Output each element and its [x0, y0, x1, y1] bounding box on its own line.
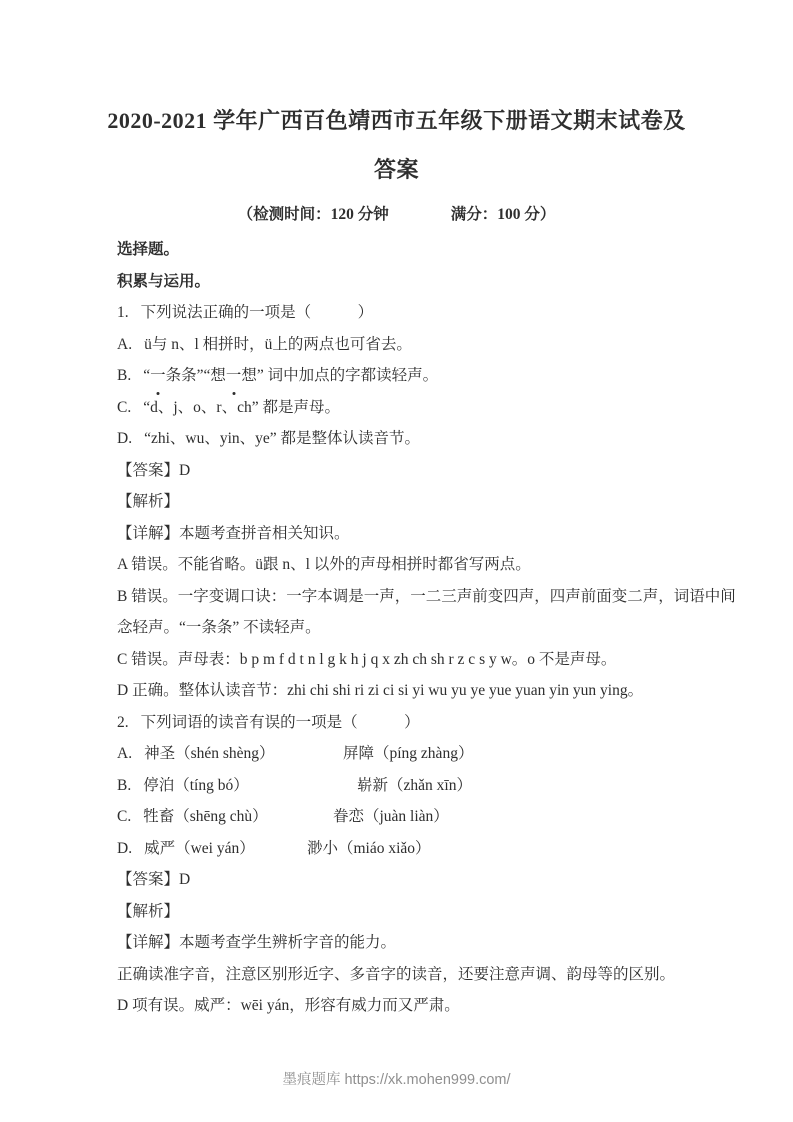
q2-option-c-left: C.牲畜（shēng chù） [117, 801, 343, 833]
q2-option-b-right: 崭新（zhǎn xīn） [357, 777, 472, 794]
question-2-number: 2. [117, 707, 129, 739]
page-title: 2020-2021 学年广西百色靖西市五年级下册语文期末试卷及 答案 [58, 0, 735, 194]
question-2-stem: 2.下列词语的读音有误的一项是（ ） [117, 707, 683, 739]
q1-option-b-post: 想” 词中加点的字都读轻声。 [241, 367, 438, 384]
q1-explain-d: D 正确。整体认读音节：zhi chi shi ri zi ci si yi w… [117, 675, 683, 707]
question-1-stem: 1.下列说法正确的一项是（ ） [117, 297, 683, 329]
footer-link[interactable]: 墨痕题库 https://xk.mohen999.com/ [282, 1072, 510, 1088]
emphasis-char-2: 一 [226, 360, 242, 392]
q1-option-b: B.“一条条”“想一想” 词中加点的字都读轻声。 [117, 360, 683, 392]
q2-explain-1: 正确读准字音，注意区别形近字、多音字的读音，还要注意声调、韵母等的区别。 [117, 959, 683, 991]
q1-option-c-label: C. [117, 392, 131, 424]
q2-option-b: B.停泊（tíng bó）崭新（zhǎn xīn） [117, 770, 683, 802]
q2-option-a-label: A. [117, 738, 132, 770]
q1-explain-b-line2: 念轻声。“一条条” 不读轻声。 [117, 612, 683, 644]
q2-options: A.神圣（shén shèng）屏障（píng zhàng） B.停泊（tíng… [117, 738, 683, 864]
q1-option-d: D.“zhi、wu、yin、ye” 都是整体认读音节。 [117, 423, 683, 455]
question-1-number: 1. [117, 297, 129, 329]
q2-option-a-left: A.神圣（shén shèng） [117, 738, 343, 770]
q1-option-d-label: D. [117, 423, 132, 455]
q2-option-d: D.威严（wei yán）渺小（miáo xiǎo） [117, 833, 683, 865]
q2-explain-2: D 项有误。威严：wēi yán，形容有威力而又严肃。 [117, 990, 683, 1022]
q2-option-d-word: 威严（wei yán） [144, 840, 255, 857]
q1-option-a: A.ü与 n、l 相拼时，ü上的两点也可省去。 [117, 329, 683, 361]
q1-explain-b-line1: B 错误。一字变调口诀：一字本调是一声，一二三声前变四声，四声前面变二声，词语中… [117, 581, 683, 613]
question-2-stem-text: 下列词语的读音有误的一项是（ ） [141, 714, 420, 731]
q2-option-c-word: 牲畜（shēng chù） [143, 808, 267, 825]
q1-option-b-quote-open: “ [143, 367, 150, 384]
q2-option-c-label: C. [117, 801, 131, 833]
question-1-stem-text: 下列说法正确的一项是（ ） [141, 304, 374, 321]
emphasis-char-1: 一 [150, 360, 166, 392]
section-heading-choice: 选择题。 [117, 234, 683, 266]
q1-option-a-text: ü与 n、l 相拼时，ü上的两点也可省去。 [144, 336, 412, 353]
q2-option-a: A.神圣（shén shèng）屏障（píng zhàng） [117, 738, 683, 770]
exam-meta: （检测时间：120 分钟 满分：100 分） [0, 202, 793, 228]
page-footer: 墨痕题库 https://xk.mohen999.com/ [0, 1068, 793, 1089]
q2-analysis-label: 【解析】 [117, 896, 683, 928]
q2-option-a-right: 屏障（píng zhàng） [343, 745, 473, 762]
q1-option-b-mid: 条条”“想 [166, 367, 226, 384]
exam-document-page: 2020-2021 学年广西百色靖西市五年级下册语文期末试卷及 答案 （检测时间… [0, 0, 793, 1122]
q1-option-c-text: “d、j、o、r、ch” 都是声母。 [143, 399, 340, 416]
q1-option-a-label: A. [117, 329, 132, 361]
q2-option-d-label: D. [117, 833, 132, 865]
q1-option-d-text: “zhi、wu、yin、ye” 都是整体认读音节。 [144, 430, 420, 447]
title-line-2: 答案 [374, 157, 419, 182]
q2-option-d-right: 渺小（miáo xiǎo） [307, 840, 431, 857]
q2-option-c-right: 眷恋（juàn liàn） [333, 808, 449, 825]
q1-analysis-label: 【解析】 [117, 486, 683, 518]
exam-body: 选择题。 积累与运用。 1.下列说法正确的一项是（ ） A.ü与 n、l 相拼时… [117, 234, 683, 1022]
q1-option-b-label: B. [117, 360, 131, 392]
q1-answer: 【答案】D [117, 455, 683, 487]
title-line-1: 2020-2021 学年广西百色靖西市五年级下册语文期末试卷及 [107, 108, 685, 133]
q2-detail: 【详解】本题考查学生辨析字音的能力。 [117, 927, 683, 959]
q2-answer: 【答案】D [117, 864, 683, 896]
q2-option-a-word: 神圣（shén shèng） [144, 745, 274, 762]
q1-detail: 【详解】本题考查拼音相关知识。 [117, 518, 683, 550]
q2-option-c: C.牲畜（shēng chù）眷恋（juàn liàn） [117, 801, 683, 833]
q2-option-b-word: 停泊（tíng bó） [143, 777, 249, 794]
q1-option-b-text: “一条条”“想一想” 词中加点的字都读轻声。 [143, 367, 438, 384]
q1-explain-a: A 错误。不能省略。ü跟 n、l 以外的声母相拼时都省写两点。 [117, 549, 683, 581]
section-heading-accumulation: 积累与运用。 [117, 266, 683, 298]
q2-option-b-left: B.停泊（tíng bó） [117, 770, 343, 802]
q1-option-c: C.“d、j、o、r、ch” 都是声母。 [117, 392, 683, 424]
q2-option-b-label: B. [117, 770, 131, 802]
q1-explain-c: C 错误。声母表：b p m f d t n l g k h j q x zh … [117, 644, 683, 676]
